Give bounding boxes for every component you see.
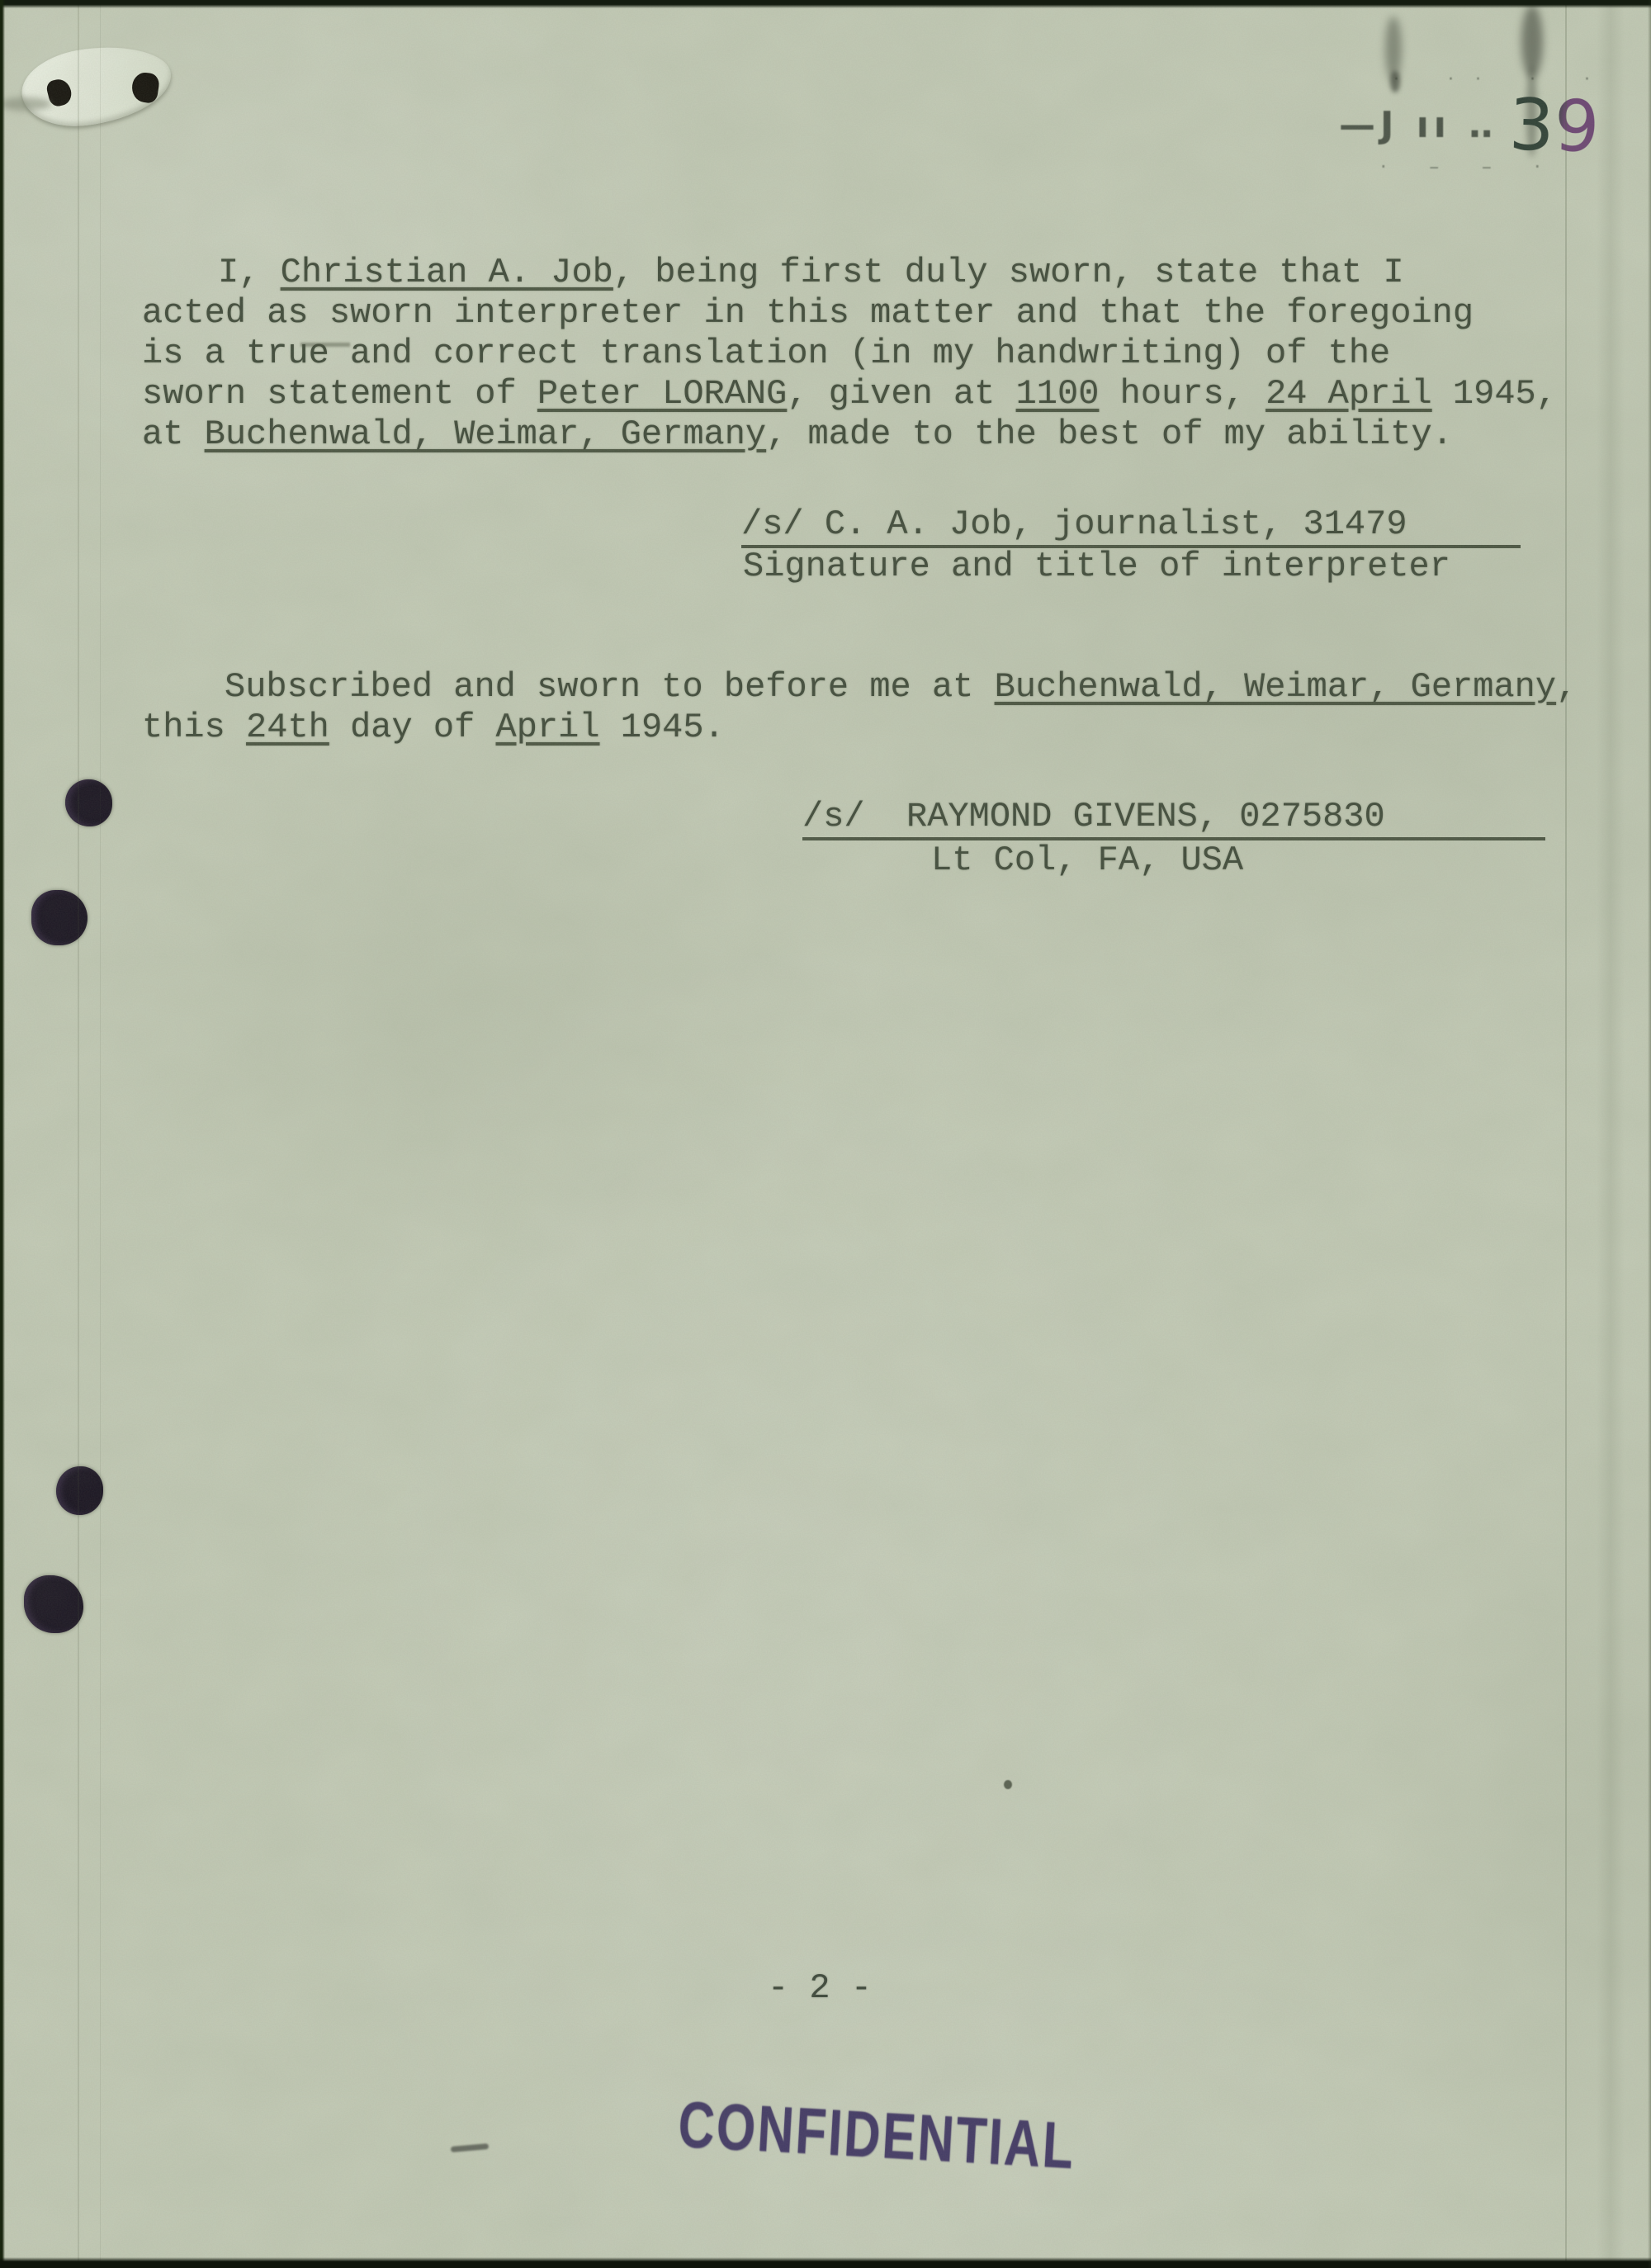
punch-hole [24, 1575, 83, 1633]
interpreter-signature-rule: /s/ C. A. Job, journalist, 31479 [741, 505, 1521, 548]
ink-speck [1004, 1780, 1012, 1789]
punch-hole [65, 779, 112, 826]
handwritten-folio-number: 39 [1508, 88, 1601, 165]
paper-crease [78, 0, 79, 2268]
confidential-stamp: CONFIDENTIAL [677, 2092, 1077, 2180]
punch-hole [56, 1466, 103, 1515]
officer-signature-rule: /s/ RAYMOND GIVENS, 0275830 [802, 798, 1545, 840]
officer-signature-caption: Lt Col, FA, USA [931, 840, 1243, 880]
smear-mark [0, 97, 51, 111]
interpreter-signature-caption: Signature and title of interpreter [743, 547, 1450, 586]
scan-edge-left [0, 0, 5, 2268]
scan-edge-bottom [0, 2257, 1651, 2268]
scan-edge-right [1648, 0, 1651, 2268]
officer-signature-line: /s/ RAYMOND GIVENS, 0275830 [802, 798, 1545, 836]
pencil-artifact [300, 343, 350, 347]
affidavit-paragraph: I, Christian A. Job, being first duly sw… [142, 253, 1557, 455]
pencil-dash [451, 2143, 489, 2152]
paper-crease [100, 0, 101, 2268]
page-number: - 2 - [768, 1968, 872, 2009]
scan-edge-top [0, 0, 1651, 8]
paper-crease [1597, 0, 1625, 2268]
attestation-paragraph: Subscribed and sworn to before me at Buc… [142, 667, 1577, 748]
pencil-mark-scribble: —J ıı ‥ [1339, 104, 1498, 146]
scanned-document-page: · ·· · · —J ıı ‥ · – – · 39 I, Christian… [0, 0, 1651, 2268]
punch-hole [31, 890, 88, 945]
interpreter-signature-line: /s/ C. A. Job, journalist, 31479 [741, 505, 1521, 543]
paper-crease [1565, 0, 1567, 2268]
ink-smudge [1521, 5, 1543, 78]
